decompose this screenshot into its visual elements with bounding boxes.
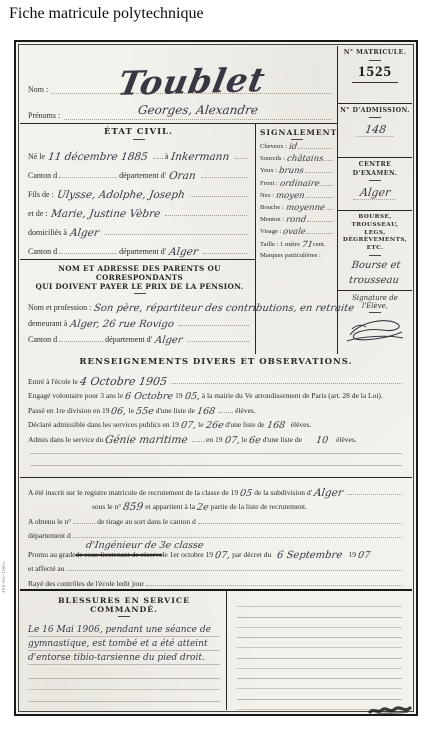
dotted-leader [298,148,333,149]
ruled-line [237,607,402,617]
top-zone: Nom : Toublet Prénoms : Georges, Alexand… [20,46,412,354]
dotted-gap [73,523,95,524]
divider-dash [134,293,146,294]
signalement-row-cheveux: Cheveux : id [260,142,334,150]
student-signature-flourish [344,315,406,347]
prenoms-value: Georges, Alexandre [137,103,259,117]
signalement-row-visage: Visage : ovale [260,227,334,235]
numero-value: 859 [122,501,144,513]
ruled-filler [30,453,402,454]
et-de-line: et de : Marie, Justine Vèbre [28,199,249,218]
promu-p1: Promu au grade [28,550,76,559]
parents-dept-label: département d' [105,335,152,344]
dotted-gap [153,158,163,159]
page-title: Fiche matricule polytechnique [9,5,204,23]
dotted-leader [306,197,333,198]
divider-dash [369,180,381,181]
bottom-band: BLESSURES EN SERVICE COMMANDÉ. Le 16 Mai… [20,589,412,710]
ink-smudge [368,700,412,718]
numero-p3: partie de la liste de recrutement. [211,502,307,511]
yeux-value: bruns [278,166,304,176]
engage-year: 05, [184,391,201,402]
signalement-row-menton: Menton : rond [260,215,334,223]
etat-civil-section: ÉTAT CIVIL. Né le 11 décembre 1885 à Ink… [20,124,255,260]
dept-value: Oran [168,170,196,182]
nom-value-line: Toublet [52,47,331,94]
ruled-line [237,679,402,689]
signalement-row-marques: Marques particulières : [260,252,334,259]
signalement-row-yeux: Yeux : bruns [260,166,334,174]
inscrit-subdivision: Alger [313,487,344,499]
prof-label: Nom et profession : [28,303,91,312]
dotted-leader [179,325,249,326]
affecte-label: et affecté au [28,564,65,573]
dotted-leader [305,172,333,173]
raye-label: Rayé des contrôles de l'école ledit jour [28,579,144,588]
dept2-value: Alger [168,246,199,258]
prof-value: Son père, répartiteur des contributions,… [94,303,356,314]
centre-examen-value: Alger [353,186,397,200]
passe-year: 06, [111,406,128,417]
entre-line: Entré à l'école le 4 Octobre 1905 [28,371,404,386]
inscrit-line: A été inscrit sur le registre matricule … [28,482,404,497]
form-content: Nom : Toublet Prénoms : Georges, Alexand… [20,46,412,710]
promu-year1: 07, [214,550,231,561]
visage-label: Visage : [260,228,281,235]
parents-section: NOM ET ADRESSE DES PARENTS OU CORRESPOND… [20,260,255,354]
nez-value: moyen [275,191,305,201]
numero-p1: sous le n° [92,502,121,511]
visage-value: ovale [283,227,307,237]
tirage-p2: de tirage au sort dans le canton d [97,517,196,526]
dotted-leader [67,570,402,571]
tirage-line: A obtenu le n° de tirage au sort dans le… [28,511,404,526]
dem-label: demeurant à [28,319,67,328]
entre-value: 4 Octobre 1905 [79,375,168,388]
dotted-leader [190,196,247,197]
dotted-leader [198,523,402,524]
prenoms-label: Prénoms : [28,111,60,120]
divider-dash [369,60,381,61]
entre-label: Entré à l'école le [28,377,78,386]
dotted-leader [104,234,247,235]
engage-date: 6 Octobre [124,391,174,402]
signalement-row-taille: Taille : 1 mètre 71 cent. [260,240,334,248]
admis-service: Génie maritime [105,434,189,446]
divider-dash [118,616,130,617]
promu-year2: 07 [357,550,371,561]
admissible-rank: 26e [205,420,224,431]
dotted-leader [171,383,402,384]
left-main: Nom : Toublet Prénoms : Georges, Alexand… [20,46,338,354]
canton-line-1: Canton d département d' Oran [28,161,249,180]
bouche-value: moyenne [285,203,325,213]
etde-label: et de : [28,209,48,218]
a-label: à [165,152,169,161]
admissible-p1: Déclaré admissible dans les services pub… [28,420,179,429]
admissible-total: 168 [266,420,286,431]
admis-rank: 6e [248,435,261,446]
engage-p4: arrondissement de Paris (art. 28 de la L… [255,391,383,400]
dotted-leader [347,494,402,495]
admissible-year: 07, [180,420,197,431]
signalement-title: SIGNALEMENT. [260,128,334,137]
engage-p1: Engagé volontaire pour 3 ans le [28,391,123,400]
blessures-title: BLESSURES EN SERVICE COMMANDÉ. [28,596,220,614]
promu-hand-above: d'Ingénieur de 3e classe [85,540,204,551]
parents-canton-line: Canton d département d' Alger [28,328,251,344]
front-value: ordinaire [279,179,320,189]
ruled-line [237,597,402,607]
signature-box: Signature de l'Élève, [338,291,412,354]
ruled-line [237,618,402,628]
menton-value: rond [285,215,307,225]
centre-examen-label: CENTRE D'EXAMEN. [340,161,410,178]
divider-dash [369,255,381,256]
promu-p3: par décret du [232,550,271,559]
ne-label: Né le [28,152,45,161]
dom-label: domiciliés à [28,228,67,237]
passe-line: Passé en 1re division en 19 06, le 55e d… [28,400,404,415]
promu-decret-date: 6 Septembre [276,550,343,561]
numero-line: sous le n° 859 et appartient à la 2e par… [28,497,404,512]
dept-label: département d' [119,171,166,180]
canton-label: Canton d [28,171,57,180]
dotted-leader [146,585,402,586]
demeurant-line: demeurant à Alger, 26 rue Rovigo [28,312,251,328]
taille-unit: cent. [313,241,326,248]
admission-box: N° D'ADMISSION. 148 [338,104,412,158]
dotted-leader [320,185,333,186]
admission-label: N° D'ADMISSION. [340,107,410,116]
divider-dash [369,117,381,118]
fils-value: Ulysse, Adolphe, Joseph [56,189,185,201]
engage-p2: 19 [175,391,183,400]
fils-de-line: Fils de : Ulysse, Adolphe, Joseph [28,180,249,199]
ruled-line [237,628,402,638]
inscrit-p2: de la subdivision d' [254,488,312,497]
parents-canton-label: Canton d [28,335,57,344]
ruled-line [237,638,402,648]
ne-le-line: Né le 11 décembre 1885 à Inkermann [28,142,249,161]
parents-title-2: QUI DOIVENT PAYER LE PRIX DE LA PENSION. [28,282,251,291]
parents-dept-value: Alger [154,335,183,346]
dotted-gap [59,341,103,342]
tirage-p1: A obtenu le n° [28,517,71,526]
dotted-leader [324,160,333,161]
admis-p5: élèves. [336,435,357,444]
signalement-row-nez: Nez : moyen [260,191,334,199]
passe-rank: 55e [135,406,154,417]
dom-value: Alger [69,227,100,239]
blank-ruled-line [28,444,404,456]
nom-value: Toublet [116,65,268,98]
passe-total: 168 [196,406,216,417]
numero-partie: 2e [196,502,209,513]
ruled-line [28,667,220,679]
signalement-row-bouche: Bouche : moyenne [260,203,334,211]
nom-label: Nom : [28,85,48,94]
passe-p2: le [129,406,134,415]
etde-value: Marie, Justine Vèbre [50,208,161,220]
inscrit-p1: A été inscrit sur le registre matricule … [28,488,238,497]
front-label: Front : [260,180,278,187]
blessures-section: BLESSURES EN SERVICE COMMANDÉ. Le 16 Mai… [20,591,227,710]
dotted-gap [219,412,233,413]
fils-label: Fils de : [28,190,54,199]
nom-row: Nom : Toublet [20,46,337,96]
prenoms-value-line: Georges, Alexandre [64,101,331,120]
marques-label: Marques particulières : [260,252,321,259]
ne-date: 11 décembre 1885 [47,151,148,163]
divider-dash [369,312,381,313]
bourse-label: BOURSE, TROUSSEAU, LEGS, DÉGRÈVEMENTS, E… [340,214,410,253]
admis-total: 10 [315,435,329,446]
observations-ruled-area [227,591,412,710]
matricule-form-sheet: Nom : Toublet Prénoms : Georges, Alexand… [14,40,418,716]
centre-examen-box: CENTRE D'EXAMEN. Alger [338,158,412,211]
passe-p1: Passé en 1re division en 19 [28,406,109,415]
raye-line: Rayé des contrôles de l'école ledit jour [28,573,404,588]
nez-label: Nez : [260,192,274,199]
cheveux-label: Cheveux : [260,143,287,150]
admissible-p4: élèves. [291,420,312,429]
dem-value: Alger, 26 rue Rovigo [70,319,175,330]
etat-civil-parents-column: ÉTAT CIVIL. Né le 11 décembre 1885 à Ink… [20,124,255,354]
cheveux-value: id [288,142,298,152]
admission-value: 148 [356,123,395,137]
admissible-p3: d'une liste de [225,420,264,429]
dotted-gap [192,441,204,442]
canton-line-2: Canton d département d' Alger [28,237,249,256]
admis-p3: le [242,435,247,444]
admis-year: 07, [224,435,241,446]
inscrit-classe: 05 [239,488,253,499]
dotted-gap [59,253,117,254]
renseignements-title: RENSEIGNEMENTS DIVERS ET OBSERVATIONS. [28,357,404,367]
dotted-leader [307,233,333,234]
signalement-section: SIGNALEMENT. Cheveux : id Sourcils : châ… [255,124,337,354]
ne-lieu: Inkermann [171,151,231,163]
bourse-box: BOURSE, TROUSSEAU, LEGS, DÉGRÈVEMENTS, E… [338,211,412,291]
blessures-text: Le 16 Mai 1906, pendant une séance de gy… [28,623,220,665]
renseignements-section: RENSEIGNEMENTS DIVERS ET OBSERVATIONS. E… [20,354,412,477]
dotted-gap [59,177,117,178]
signalement-row-sourcils: Sourcils : châtains [260,154,334,162]
dotted-leader [73,537,402,538]
engage-arrondissement: Ve [245,391,253,400]
ruled-line [237,648,402,658]
printer-imprint: 300-05-1905. [2,560,7,593]
admis-line: Admis dans le service du Génie maritime … [28,429,404,444]
matricule-label: N° MATRICULE. [340,49,410,58]
taille-label: Taille : 1 mètre [260,241,300,248]
taille-value: 71 [301,240,313,250]
admis-p1: Admis dans le service du [28,435,103,444]
menton-label: Menton : [260,216,284,223]
yeux-label: Yeux : [260,167,277,174]
engage-p3: à la mairie du [202,391,243,400]
canton2-label: Canton d [28,247,57,256]
recrutement-section: A été inscrit sur le registre matricule … [20,477,412,586]
bourse-value: Bourse et trousseau [338,258,412,288]
dotted-leader [201,177,247,178]
mid-band: ÉTAT CIVIL. Né le 11 décembre 1885 à Ink… [20,124,337,354]
dept2-label: département d' [119,247,166,256]
passe-p3: d'une liste de [156,406,195,415]
divider-dash [133,139,145,140]
dotted-leader [203,253,247,254]
admis-p2: en 19 [206,435,222,444]
departement-line: département d [28,526,404,541]
ruled-line [237,689,402,699]
passe-p4: élèves. [235,406,256,415]
admissible-line: Déclaré admissible dans les services pub… [28,415,404,430]
numero-p2: et appartient à la [145,502,195,511]
sourcils-value: châtains [286,154,324,164]
promu-grade-correction: de sous-lieutenant de réserve d'Ingénieu… [76,550,163,559]
ruled-line [28,690,220,702]
ruled-line [28,679,220,691]
ruled-line [237,659,402,669]
ruled-filler [30,465,402,466]
signalement-row-front: Front : ordinaire [260,179,334,187]
divider-dash [291,139,303,140]
dotted-leader [235,158,247,159]
parents-title-1: NOM ET ADRESSE DES PARENTS OU CORRESPOND… [28,264,251,282]
profession-line: Nom et profession : Son père, répartiteu… [28,296,251,312]
dotted-leader [307,221,333,222]
admissible-p2: le [198,420,203,429]
domicilies-line: domiciliés à Alger [28,218,249,237]
admis-p4: d'une liste de [263,435,302,444]
dotted-leader [326,209,333,210]
departement-label: département d [28,531,71,540]
dotted-leader [188,341,249,342]
matricule-value: 1525 [352,64,398,83]
bouche-label: Bouche : [260,204,284,211]
dotted-leader [165,215,247,216]
matricule-box: N° MATRICULE. 1525 [338,46,412,104]
promu-p4: 19 [348,550,356,559]
ruled-line [237,669,402,679]
etat-civil-title: ÉTAT CIVIL. [28,127,249,137]
promu-line: Promu au grade de sous-lieutenant de rés… [28,544,404,559]
sourcils-label: Sourcils : [260,155,285,162]
blank-ruled-line [28,456,404,468]
